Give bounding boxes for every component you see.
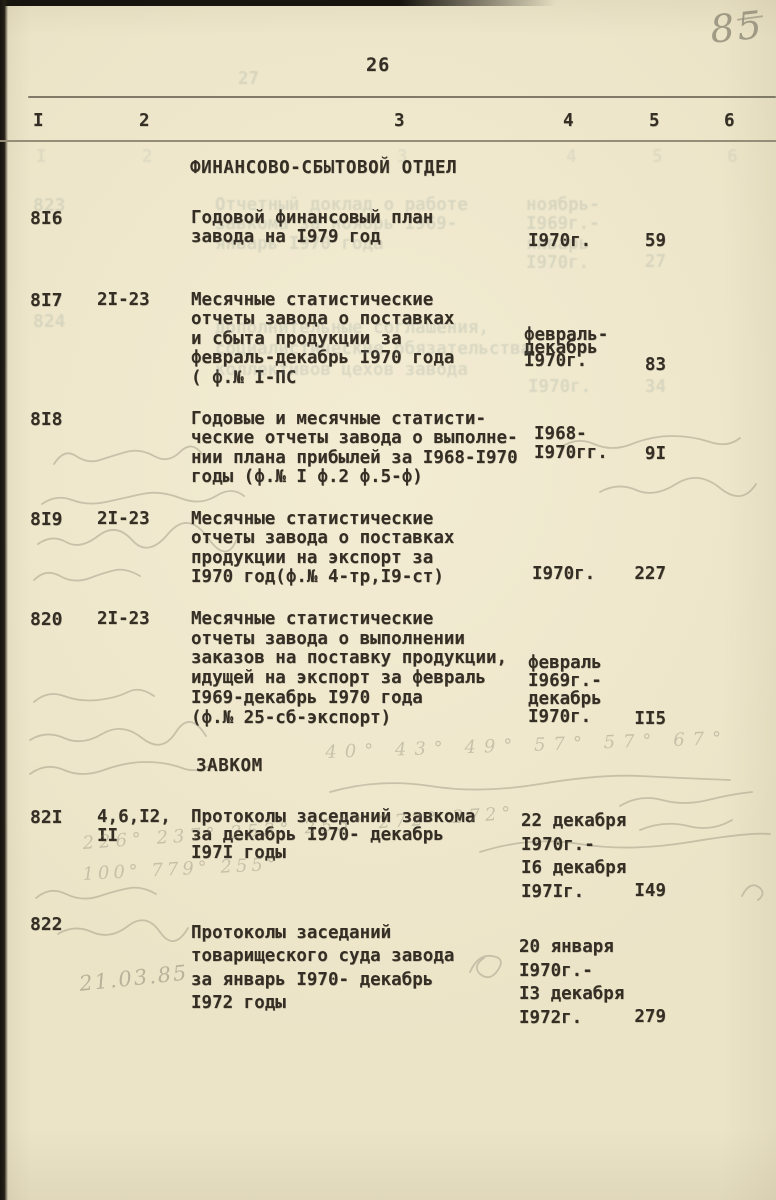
entry-pages: 83 bbox=[598, 356, 666, 375]
entry-description: Протоколы заседаний товарищеского суда з… bbox=[191, 922, 539, 1015]
entry-number: 820 bbox=[30, 610, 63, 629]
entry-description: Месячные статистические отчеты завода о … bbox=[191, 510, 539, 588]
entry-number: 8I8 bbox=[30, 410, 63, 429]
entry-pages: 279 bbox=[598, 1008, 666, 1027]
entry-number: 82I bbox=[30, 808, 63, 827]
bleedthrough-column-header: 4 bbox=[566, 147, 577, 167]
column-header-2: 2 bbox=[139, 111, 150, 131]
archival-leaf-number: 85 bbox=[708, 2, 767, 51]
column-header-3: 3 bbox=[394, 111, 405, 131]
bleedthrough-column-header: 5 bbox=[652, 147, 663, 167]
table-rule-bottom bbox=[0, 140, 776, 142]
bleedthrough-entry-pages: 34 bbox=[598, 378, 666, 397]
section-title-financial-sales-dept: ФИНАНСОВО-СБЫТОВОЙ ОТДЕЛ bbox=[190, 159, 457, 178]
bleedthrough-page-number: 27 bbox=[238, 70, 259, 89]
entry-pages: 59 bbox=[598, 232, 666, 251]
entry-dates: I970г. bbox=[528, 232, 591, 251]
entry-signature: 2I-23 bbox=[97, 291, 150, 310]
bleedthrough-column-header: 6 bbox=[727, 147, 738, 167]
bleedthrough-entry-number: 824 bbox=[33, 312, 66, 331]
column-header-1: I bbox=[33, 111, 44, 131]
entry-signature: 2I-23 bbox=[97, 610, 150, 629]
entry-description: Месячные статистические отчеты завода о … bbox=[191, 610, 539, 728]
column-header-4: 4 bbox=[563, 111, 574, 131]
entry-number: 8I7 bbox=[30, 291, 63, 310]
entry-pages: I49 bbox=[598, 882, 666, 901]
bleedthrough-entry-description: дополнительные соглашения, социалистичес… bbox=[215, 318, 563, 381]
bleedthrough-entry-dates: I970г. bbox=[528, 378, 591, 397]
entry-number: 822 bbox=[30, 915, 63, 934]
entry-pages: 9I bbox=[598, 445, 666, 464]
entry-dates: февраль I969г.- декабрь I970г. bbox=[528, 654, 602, 726]
entry-number: 8I6 bbox=[30, 209, 63, 228]
entry-description: Годовой финансовый план завода на I979 г… bbox=[191, 209, 539, 248]
entry-pages: 227 bbox=[598, 565, 666, 584]
bleedthrough-column-header: 2 bbox=[142, 147, 153, 167]
bleedthrough-entry-pages: 27 bbox=[598, 253, 666, 272]
entry-dates: I968- I970гг. bbox=[534, 425, 608, 462]
page-number: 26 bbox=[366, 55, 390, 76]
entry-signature: 2I-23 bbox=[97, 510, 150, 529]
column-header-5: 5 bbox=[649, 111, 660, 131]
entry-dates: I970г. bbox=[532, 565, 595, 584]
column-header-6: 6 bbox=[724, 111, 735, 131]
entry-description: Годовые и месячные статисти- ческие отче… bbox=[191, 410, 539, 488]
scanned-archive-page: { "document": { "leaf_number": "85", "pa… bbox=[0, 0, 776, 1200]
scan-edge-left bbox=[0, 0, 8, 1200]
section-title-zavkom: ЗАВКОМ bbox=[196, 757, 263, 776]
entry-number: 8I9 bbox=[30, 510, 63, 529]
table-rule-top bbox=[28, 96, 776, 98]
scan-edge-top bbox=[0, 0, 556, 6]
entry-pages: II5 bbox=[598, 710, 666, 729]
bleedthrough-column-header: I bbox=[36, 147, 47, 167]
